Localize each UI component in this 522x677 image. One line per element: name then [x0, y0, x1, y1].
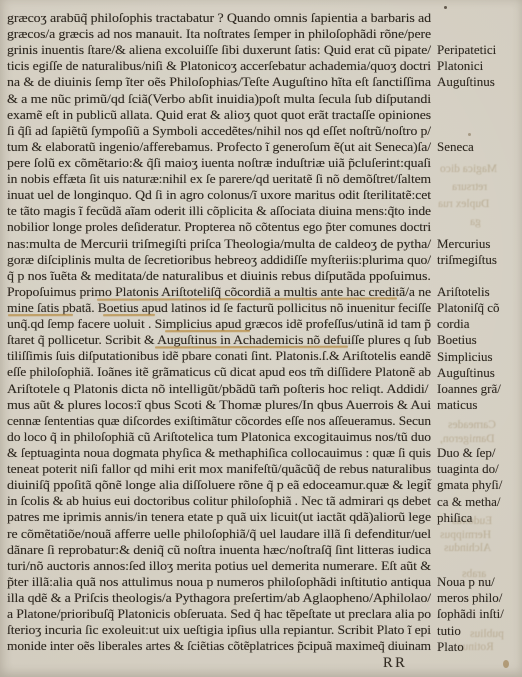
show-through-text: Duplex rua	[438, 198, 489, 211]
margin-note: tutio	[437, 623, 461, 639]
margin-note: Duo & ſep/	[437, 445, 496, 461]
text-line-content: examẽ eſt in publicũ allata. Quid erat &…	[7, 107, 431, 123]
margin-note: gmata phyſi/	[437, 477, 502, 493]
text-line: ſtaret q̃ pollicetur. Scribit & Auguſtin…	[7, 332, 431, 348]
text-line-content: mine ſatis pbatã. Boetius apud latinos i…	[7, 300, 431, 316]
text-line: græcos/a græcis ad nos manauit. Ita noſt…	[7, 26, 431, 42]
margin-note: Ariſtotelis	[437, 284, 490, 300]
show-through-text: Magica dico	[440, 163, 497, 176]
margin-note-content: Plato	[437, 639, 464, 655]
text-line: unq̃.qd ſemp facere uoluit . Simplicius …	[7, 316, 431, 332]
text-line: inuat uel de longinquo. Qd ſi in agro co…	[7, 187, 431, 203]
text-line-content: re cõmẽtatiõe/nouã afferre uelle philoſo…	[7, 526, 431, 542]
margin-note: Platonici	[437, 58, 483, 74]
text-line-content: a Platone/prioribuſq̃ Platonicis obſerua…	[7, 606, 431, 622]
show-through-text: retrsura	[452, 181, 487, 194]
text-line-content: na & de diuinis ſemp ĩter oẽs Philoſophi…	[7, 74, 431, 90]
text-line: teneat poterit niſi fallor qd mihi erit …	[7, 461, 431, 477]
text-line: q̃ p nos ĩuẽta & meditata/de naturalibus…	[7, 268, 431, 284]
text-line-content: patres me iprimis annis/in tenera etate …	[7, 509, 431, 525]
margin-note-content: Ioannes grã/	[437, 381, 501, 397]
margin-note: cordia	[437, 316, 469, 332]
text-line-content: Propoſuimus primo Platonis Ariſtoteliſq̃…	[7, 284, 431, 300]
text-line-content: turi/nõ auctoris annos:ſed illoʒ merita …	[7, 558, 431, 574]
show-through-text: publius	[470, 628, 504, 641]
text-line: a Platone/prioribuſq̃ Platonicis obſerua…	[7, 606, 431, 622]
text-line: mine ſatis pbatã. Boetius apud latinos i…	[7, 300, 431, 316]
margin-note-content: Peripatetici	[437, 42, 496, 58]
text-line: Propoſuimus primo Platonis Ariſtoteliſq̃…	[7, 284, 431, 300]
margin-note: Plato	[437, 639, 464, 655]
text-line: illa qdẽ & a Priſcis theologis/a Pythago…	[7, 590, 431, 606]
text-line: græcoʒ arabūq̃ philoſophis tractabatur ?…	[7, 10, 431, 26]
text-line: p̃ter illã:alia quã nos attulimus noua p…	[7, 574, 431, 590]
text-line: nas:multa de Mercurii triſmegiſti priſca…	[7, 236, 431, 252]
text-line: & a me nũc primũ/qd ſciã(Verbo abſit inu…	[7, 91, 431, 107]
text-line: patres me iprimis annis/in tenera etate …	[7, 509, 431, 525]
show-through-text: Hermippus	[440, 529, 491, 542]
ink-speck	[444, 6, 447, 9]
margin-note: Boetius	[437, 332, 477, 348]
book-page: Magica dicoretrsuraDuplex ruagaCarneades…	[0, 0, 522, 677]
text-line-content: tum & elaboratũ ingenio/afferebamus. Pro…	[7, 139, 431, 155]
text-line: mus aũt & plures locos:ĩ qbus Scoti & Th…	[7, 397, 431, 413]
margin-note: Peripatetici	[437, 42, 496, 58]
text-line-content: p̃ter illã:alia quã nos attulimus noua p…	[7, 574, 431, 590]
text-line: turi/nõ auctoris annos:ſed illoʒ merita …	[7, 558, 431, 574]
ink-speck	[503, 660, 509, 668]
margin-note-content: tutio	[437, 623, 461, 639]
margin-note: Auguſtinus	[437, 74, 495, 90]
text-line-content: goræ diſciplinis multa de ſecretioribus …	[7, 252, 431, 268]
margin-note: Seneca	[437, 139, 474, 155]
margin-note: meros philo/	[437, 590, 502, 606]
margin-note-content: triſmegiſtus	[437, 252, 497, 268]
text-line-content: & ſeptuaginta noua dogmata phyſica & met…	[7, 445, 431, 461]
margin-note: phiſica	[437, 510, 472, 526]
show-through-text: Damigeron,	[440, 433, 495, 446]
margin-note-content: Platonici	[437, 58, 483, 74]
text-line: in ſcolis & ab huius eui doctoribus coli…	[7, 493, 431, 509]
text-line-content: & a me nũc primũ/qd ſciã(Verbo abſit inu…	[7, 91, 431, 107]
quire-signature: RR	[383, 655, 415, 672]
margin-note-content: Mercurius	[437, 236, 490, 252]
text-line-content: græcoʒ arabūq̃ philoſophis tractabatur ?…	[7, 10, 431, 26]
margin-note: Simplicius	[437, 349, 493, 365]
show-through-text: Carneades	[448, 419, 496, 432]
text-line: examẽ eſt in publicũ allata. Quid erat &…	[7, 107, 431, 123]
text-line: re cõmẽtatiõe/nouã afferre uelle philoſo…	[7, 526, 431, 542]
text-line-content: monide inter oẽs liberales artes & ſciẽt…	[7, 638, 431, 654]
text-line-content: nobilior longe proles deſideratur. Propt…	[7, 219, 431, 235]
text-line: dãnare ſi reprobatur:& deniq̃ cũ noſtra …	[7, 542, 431, 558]
text-line-content: ticis egiſſe de naturalibus/niſi & Plato…	[7, 58, 431, 74]
margin-note: Mercurius	[437, 236, 490, 252]
text-line-content: inuat uel de longinquo. Qd ſi in agro co…	[7, 187, 431, 203]
text-line-content: teneat poterit niſi fallor qd mihi erit …	[7, 461, 431, 477]
margin-note: maticus	[437, 397, 477, 413]
margin-note-content: phiſica	[437, 510, 472, 526]
text-line-content: cennæ ſententias quæ diſcordes exiſtimãt…	[7, 413, 431, 429]
margin-note: ſophãdi inſti/	[437, 606, 504, 622]
margin-note-content: Auguſtinus	[437, 365, 495, 381]
text-block: græcoʒ arabūq̃ philoſophis tractabatur ?…	[7, 10, 431, 654]
ink-speck	[468, 133, 471, 136]
show-through-text: Alchindus	[444, 542, 491, 555]
text-line: tiliſſimis ſuis diſputationibus idẽ pbar…	[7, 348, 431, 364]
margin-note-content: Seneca	[437, 139, 474, 155]
text-line-content: q̃ p nos ĩuẽta & meditata/de naturalibus…	[7, 268, 431, 284]
margin-note-content: Boetius	[437, 332, 477, 348]
margin-note-content: ſophãdi inſti/	[437, 606, 504, 622]
text-line-content: tiliſſimis ſuis diſputationibus idẽ pbar…	[7, 348, 431, 364]
text-line: do loco q̃ in philoſophiã cũ Ariſtotelic…	[7, 429, 431, 445]
text-line: & ſeptuaginta noua dogmata phyſica & met…	[7, 445, 431, 461]
text-line-content: dãnare ſi reprobatur:& deniq̃ cũ noſtra …	[7, 542, 431, 558]
margin-note-content: Noua p nu/	[437, 574, 495, 590]
text-line: ticis egiſſe de naturalibus/niſi & Plato…	[7, 58, 431, 74]
text-line: in nobis effæta ſit uis naturæ:nihil ex …	[7, 171, 431, 187]
margin-note: Auguſtinus	[437, 365, 495, 381]
text-line-content: in ſcolis & ab huius eui doctoribus coli…	[7, 493, 431, 509]
text-line-content: te tãto magis ĩ fecũdã aĩam oderit illi …	[7, 203, 431, 219]
text-line: monide inter oẽs liberales artes & ſciẽt…	[7, 638, 431, 654]
text-line-content: græcos/a græcis ad nos manauit. Ita noſt…	[7, 26, 431, 42]
text-line: na & de diuinis ſemp ĩter oẽs Philoſophi…	[7, 74, 431, 90]
margin-note-content: gmata phyſi/	[437, 477, 502, 493]
margin-note: tuaginta do/	[437, 461, 499, 477]
text-line-content: eſſe philoſophiã. Ioãnes itẽ grãmaticus …	[7, 364, 431, 380]
text-line: diuiniſq̃ ppoſitã qõnẽ longe alia diſſol…	[7, 477, 431, 493]
margin-note-content: ca & metha/	[437, 494, 501, 510]
text-line-content: ſtaret q̃ pollicetur. Scribit & Auguſtin…	[7, 332, 431, 348]
text-line: te tãto magis ĩ fecũdã aĩam oderit illi …	[7, 203, 431, 219]
show-through-text: ga	[470, 216, 481, 229]
text-line-content: Ariſtotele q Platonis dicta nõ intelligũ…	[7, 381, 428, 397]
text-line-content: in nobis effæta ſit uis naturæ:nihil ex …	[7, 171, 431, 187]
text-line: goræ diſciplinis multa de ſecretioribus …	[7, 252, 431, 268]
margin-note-content: Auguſtinus	[437, 74, 495, 90]
margin-note-content: Platoniſq̃ cõ	[437, 300, 499, 316]
text-line-content: grinis inuentis ſtare/& aliena excoluiſſ…	[7, 42, 431, 58]
text-line: ſi q̃ſi ad ſapiẽtũ ſympoſiũ a Symboli ac…	[7, 123, 431, 139]
text-line-content: nas:multa de Mercurii triſmegiſti priſca…	[7, 236, 431, 252]
margin-note: triſmegiſtus	[437, 252, 497, 268]
text-line-content: ſterioʒ incuria ſic exoleuit:ut uix ueſt…	[7, 622, 431, 638]
margin-note: Ioannes grã/	[437, 381, 501, 397]
text-line-content: pere ſolũ ex cõmẽtario:& q̃ſi maioʒ iuen…	[7, 155, 431, 171]
text-line-content: illa qdẽ & a Priſcis theologis/a Pythago…	[7, 590, 431, 606]
margin-note-content: Simplicius	[437, 349, 493, 365]
text-line: Ariſtotele q Platonis dicta nõ intelligũ…	[7, 381, 431, 397]
margin-note: Noua p nu/	[437, 574, 495, 590]
text-line-content: unq̃.qd ſemp facere uoluit . Simplicius …	[7, 316, 431, 332]
margin-note-content: cordia	[437, 316, 469, 332]
text-line-content: mus aũt & plures locos:ĩ qbus Scoti & Th…	[7, 397, 431, 413]
margin-note: ca & metha/	[437, 494, 501, 510]
text-line: nobilior longe proles deſideratur. Propt…	[7, 219, 431, 235]
text-line: pere ſolũ ex cõmẽtario:& q̃ſi maioʒ iuen…	[7, 155, 431, 171]
text-line: ſterioʒ incuria ſic exoleuit:ut uix ueſt…	[7, 622, 431, 638]
text-line: eſſe philoſophiã. Ioãnes itẽ grãmaticus …	[7, 364, 431, 380]
margin-note: Platoniſq̃ cõ	[437, 300, 499, 316]
margin-note-content: Duo & ſep/	[437, 445, 496, 461]
text-line-content: do loco q̃ in philoſophiã cũ Ariſtotelic…	[7, 429, 431, 445]
margin-note-content: Ariſtotelis	[437, 284, 490, 300]
text-line-content: diuiniſq̃ ppoſitã qõnẽ longe alia diſſol…	[7, 477, 431, 493]
text-line: tum & elaboratũ ingenio/afferebamus. Pro…	[7, 139, 431, 155]
text-line-content: ſi q̃ſi ad ſapiẽtũ ſympoſiũ a Symboli ac…	[7, 123, 431, 139]
text-line: cennæ ſententias quæ diſcordes exiſtimãt…	[7, 413, 431, 429]
margin-note-content: maticus	[437, 397, 477, 413]
margin-note-content: meros philo/	[437, 590, 502, 606]
margin-note-content: tuaginta do/	[437, 461, 499, 477]
text-line: grinis inuentis ſtare/& aliena excoluiſſ…	[7, 42, 431, 58]
